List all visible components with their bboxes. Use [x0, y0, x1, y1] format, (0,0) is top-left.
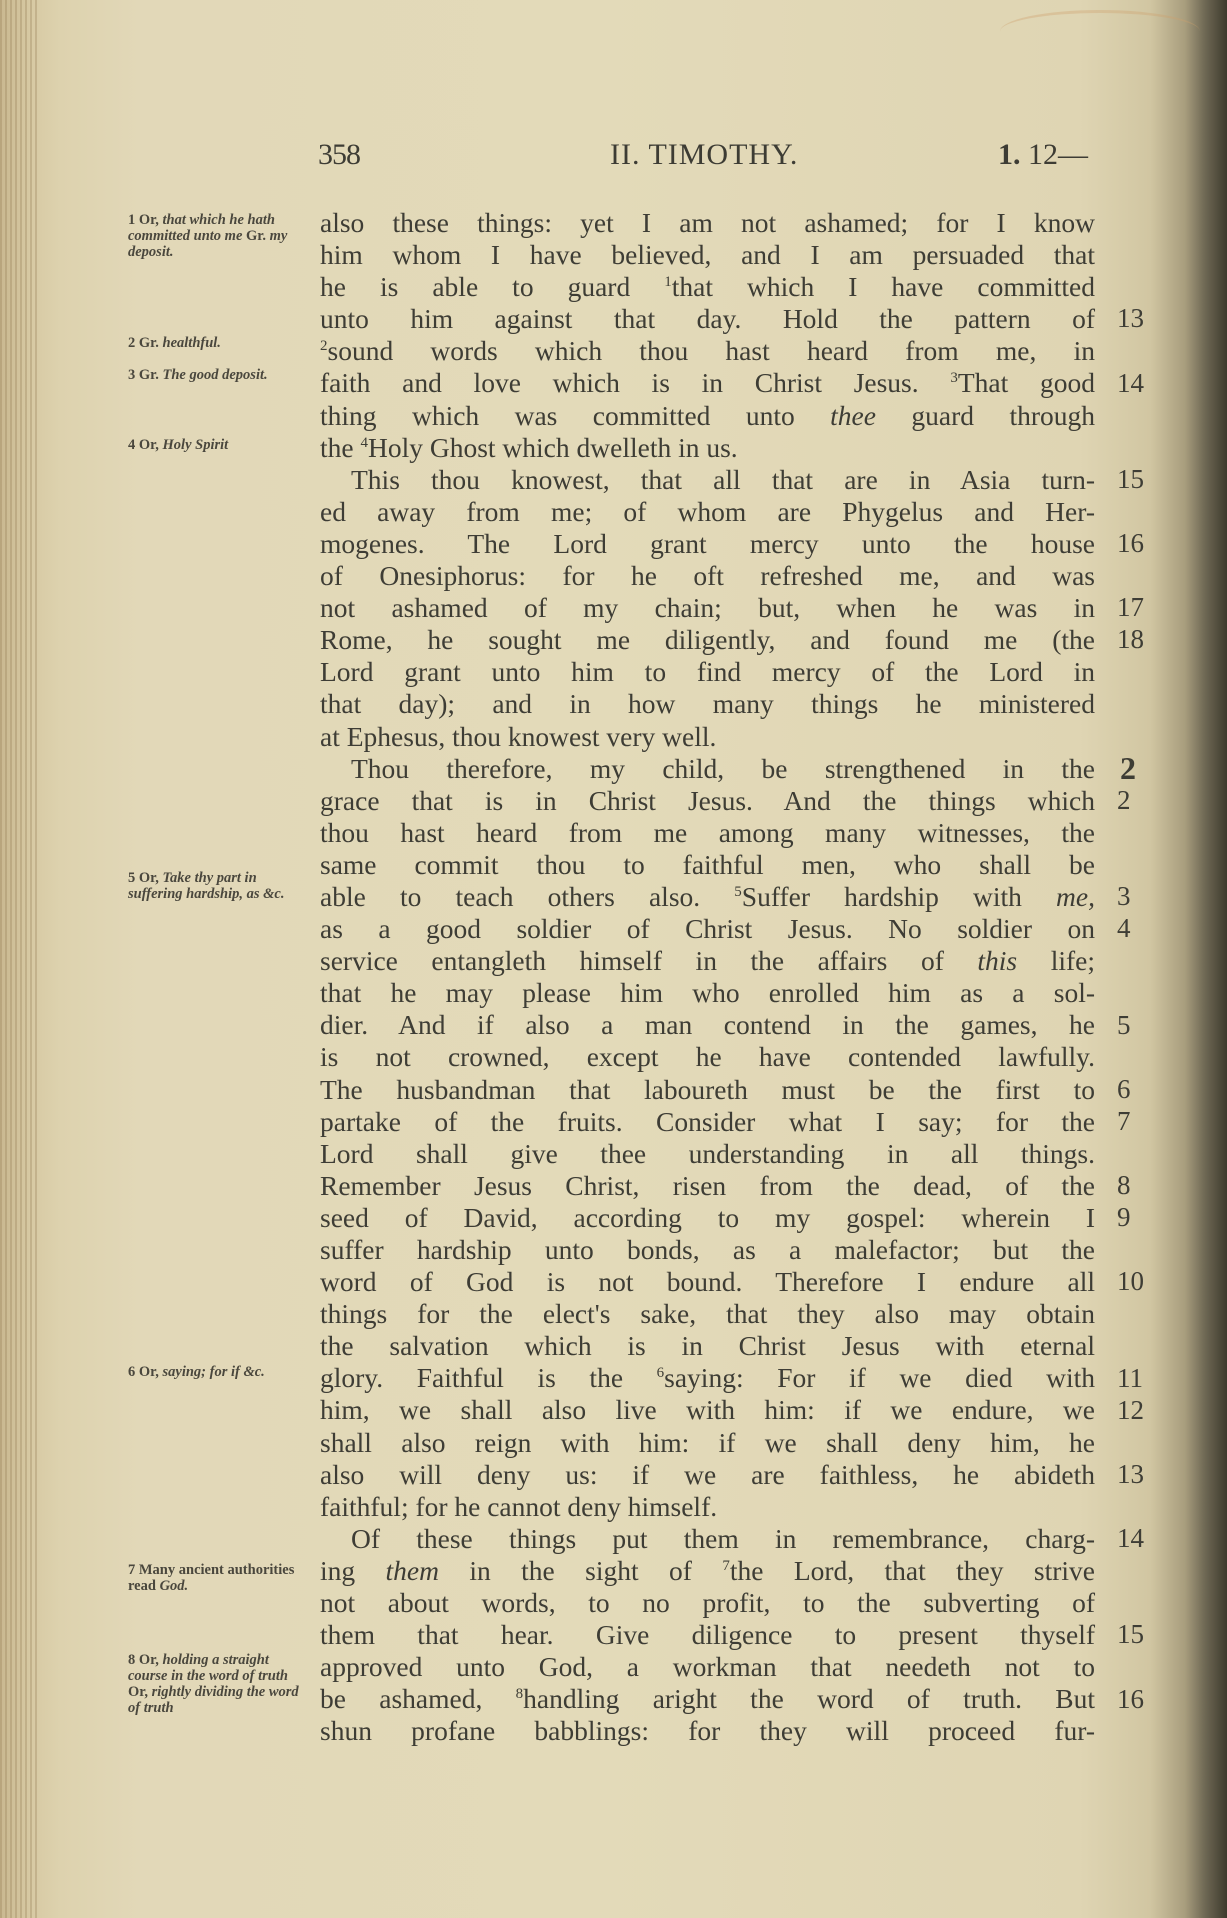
- line-text: sound words which thou hast heard from m…: [328, 335, 1096, 366]
- text-line: same commit thou to faithful men, who sh…: [320, 849, 1095, 881]
- text-line: him whom I have believed, and I am persu…: [320, 239, 1095, 271]
- line-text: faithful; for he cannot deny himself.: [320, 1491, 717, 1522]
- verse-number: 18: [1117, 624, 1144, 655]
- line-text: This thou knowest, that all that are in …: [351, 464, 1095, 495]
- book-page: 358 II. TIMOTHY. 1. 12— 1 Or, that which…: [0, 0, 1227, 1918]
- verse-number: 2: [1117, 785, 1131, 816]
- line-text: Holy Ghost which dwelleth in us.: [368, 432, 738, 463]
- line-text: that day); and in how many things he min…: [320, 688, 1095, 719]
- line-text: the: [320, 432, 360, 463]
- verse-number: 10: [1117, 1266, 1144, 1297]
- text-line: Remember Jesus Christ, risen from the de…: [320, 1170, 1095, 1202]
- verse-number: 12: [1117, 1395, 1144, 1426]
- text-line: dier. And if also a man contend in the g…: [320, 1009, 1095, 1041]
- line-text: guard through: [876, 400, 1095, 431]
- line-text: handling aright the word of truth. But: [523, 1683, 1095, 1714]
- text-line: faith and love which is in Christ Jesus.…: [320, 367, 1095, 399]
- line-text: word of God is not bound. Therefore I en…: [320, 1266, 1095, 1297]
- line-text: service entangleth himself in the affair…: [320, 945, 977, 976]
- text-line: not ashamed of my chain; but, when he wa…: [320, 592, 1095, 624]
- line-text: grace that is in Christ Jesus. And the t…: [320, 785, 1095, 816]
- verse-number: 15: [1117, 464, 1144, 495]
- verse-number: 13: [1117, 1459, 1144, 1490]
- text-line: The husbandman that laboureth must be th…: [320, 1074, 1095, 1106]
- line-text: dier. And if also a man contend in the g…: [320, 1009, 1095, 1040]
- italic-word: this: [977, 945, 1017, 976]
- line-text: him, we shall also live with him: if we …: [320, 1394, 1095, 1425]
- line-text: Thou therefore, my child, be strengthene…: [351, 753, 1095, 784]
- text-line: at Ephesus, thou knowest very well.: [320, 721, 1095, 753]
- margin-note-3: 3 Gr. The good deposit.: [128, 367, 300, 383]
- running-header: 358 II. TIMOTHY. 1. 12—: [318, 138, 1133, 178]
- text-line: Of these things put them in remembrance,…: [320, 1523, 1095, 1555]
- line-text: them that hear. Give diligence to presen…: [320, 1619, 1095, 1650]
- text-line: 2sound words which thou hast heard from …: [320, 335, 1095, 367]
- scripture-text-column: also these things: yet I am not ashamed;…: [320, 207, 1095, 1748]
- line-text: also will deny us: if we are faithless, …: [320, 1459, 1095, 1490]
- line-text: as a good soldier of Christ Jesus. No so…: [320, 913, 1095, 944]
- text-line: not about words, to no profit, to the su…: [320, 1587, 1095, 1619]
- line-text: things for the elect's sake, that they a…: [320, 1298, 1095, 1329]
- margin-note-8: 8 Or, holding a straight course in the w…: [128, 1652, 300, 1716]
- line-text: shun profane babblings: for they will pr…: [320, 1715, 1095, 1746]
- text-line: that day); and in how many things he min…: [320, 688, 1095, 720]
- text-line: that he may please him who enrolled him …: [320, 977, 1095, 1009]
- line-text: glory. Faithful is the: [320, 1362, 657, 1393]
- text-line: thing which was committed unto thee guar…: [320, 400, 1095, 432]
- line-text: Rome, he sought me diligently, and found…: [320, 624, 1095, 655]
- margin-note-5: 5 Or, Take thy part in suffering hardshi…: [128, 870, 300, 902]
- line-text: that he may please him who enrolled him …: [320, 977, 1095, 1008]
- line-text: The husbandman that laboureth must be th…: [320, 1074, 1095, 1105]
- verse-number: 16: [1117, 1684, 1144, 1715]
- text-line: them that hear. Give diligence to presen…: [320, 1619, 1095, 1651]
- line-text: the Lord, that they strive: [730, 1555, 1095, 1586]
- verse-number: 15: [1117, 1619, 1144, 1650]
- margin-note-7: 7 Many ancient authorities read God.: [128, 1562, 300, 1594]
- text-line: mogenes. The Lord grant mercy unto the h…: [320, 528, 1095, 560]
- line-text: Lord grant unto him to find mercy of the…: [320, 656, 1095, 687]
- line-text: is not crowned, except he have contended…: [320, 1041, 1095, 1072]
- margin-note-2: 2 Gr. healthful.: [128, 335, 316, 351]
- footnote-marker: 7: [722, 1558, 730, 1574]
- verse-start: 12—: [1021, 138, 1089, 171]
- text-line: faithful; for he cannot deny himself.: [320, 1491, 1095, 1523]
- chapter-number: 2: [1120, 750, 1136, 787]
- text-line: also these things: yet I am not ashamed;…: [320, 207, 1095, 239]
- verse-number: 8: [1117, 1170, 1131, 1201]
- line-text: That good: [958, 367, 1095, 398]
- verse-number: 5: [1117, 1010, 1131, 1041]
- text-line: he is able to guard 1that which I have c…: [320, 271, 1095, 303]
- margin-note-4: 4 Or, Holy Spirit: [128, 437, 316, 453]
- text-line: the 4Holy Ghost which dwelleth in us.: [320, 432, 1095, 464]
- line-text: also these things: yet I am not ashamed;…: [320, 207, 1095, 238]
- text-line: able to teach others also. 5Suffer hards…: [320, 881, 1095, 913]
- paper-stain: [1000, 10, 1200, 53]
- italic-word: me,: [1056, 881, 1095, 912]
- line-text: not ashamed of my chain; but, when he wa…: [320, 592, 1095, 623]
- line-text: Of these things put them in remembrance,…: [351, 1523, 1095, 1554]
- text-line: ed away from me; of whom are Phygelus an…: [320, 496, 1095, 528]
- line-text: faith and love which is in Christ Jesus.: [320, 367, 950, 398]
- footnote-marker: 3: [950, 370, 958, 386]
- text-line: Rome, he sought me diligently, and found…: [320, 624, 1095, 656]
- text-line: partake of the fruits. Consider what I s…: [320, 1106, 1095, 1138]
- chapter-verse-reference: 1. 12—: [998, 138, 1088, 172]
- text-line: as a good soldier of Christ Jesus. No so…: [320, 913, 1095, 945]
- line-text: the salvation which is in Christ Jesus w…: [320, 1330, 1095, 1361]
- text-line: This thou knowest, that all that are in …: [320, 464, 1095, 496]
- verse-number: 9: [1117, 1202, 1131, 1233]
- text-line: shall also reign with him: if we shall d…: [320, 1427, 1095, 1459]
- chapter-number: 1.: [998, 138, 1021, 171]
- verse-number: 13: [1117, 303, 1144, 334]
- line-text: life;: [1017, 945, 1095, 976]
- line-text: able to teach others also.: [320, 881, 734, 912]
- text-line: glory. Faithful is the 6saying: For if w…: [320, 1362, 1095, 1394]
- footnote-marker: 1: [664, 274, 672, 290]
- text-line: him, we shall also live with him: if we …: [320, 1394, 1095, 1426]
- verse-number: 3: [1117, 881, 1131, 912]
- line-text: in the sight of: [439, 1555, 722, 1586]
- line-text: Remember Jesus Christ, risen from the de…: [320, 1170, 1095, 1201]
- line-text: Suffer hardship with: [742, 881, 1056, 912]
- line-text: mogenes. The Lord grant mercy unto the h…: [320, 528, 1095, 559]
- footnote-marker: 5: [734, 884, 742, 900]
- line-text: unto him against that day. Hold the patt…: [320, 303, 1095, 334]
- text-line: Lord shall give thee understanding in al…: [320, 1138, 1095, 1170]
- line-text: him whom I have believed, and I am persu…: [320, 239, 1095, 270]
- verse-number: 17: [1117, 592, 1144, 623]
- text-line: seed of David, according to my gospel: w…: [320, 1202, 1095, 1234]
- text-line: service entangleth himself in the affair…: [320, 945, 1095, 977]
- verse-number: 11: [1117, 1363, 1143, 1394]
- text-line: Lord grant unto him to find mercy of the…: [320, 656, 1095, 688]
- line-text: approved unto God, a workman that needet…: [320, 1651, 1095, 1682]
- text-line: thou hast heard from me among many witne…: [320, 817, 1095, 849]
- text-line: word of God is not bound. Therefore I en…: [320, 1266, 1095, 1298]
- book-title: II. TIMOTHY.: [610, 138, 798, 172]
- verse-number: 14: [1117, 368, 1144, 399]
- margin-note-1: 1 Or, that which he hath committed unto …: [128, 212, 316, 260]
- verse-number: 6: [1117, 1074, 1131, 1105]
- italic-word: them: [386, 1555, 439, 1586]
- text-line: also will deny us: if we are faithless, …: [320, 1459, 1095, 1491]
- italic-word: thee: [830, 400, 876, 431]
- text-line: Thou therefore, my child, be strengthene…: [320, 753, 1095, 785]
- line-text: suffer hardship unto bonds, as a malefac…: [320, 1234, 1095, 1265]
- page-number: 358: [318, 138, 360, 172]
- line-text: of Onesiphorus: for he oft refreshed me,…: [320, 560, 1095, 591]
- line-text: ed away from me; of whom are Phygelus an…: [320, 496, 1095, 527]
- text-line: ing them in the sight of 7the Lord, that…: [320, 1555, 1095, 1587]
- text-line: shun profane babblings: for they will pr…: [320, 1715, 1095, 1747]
- text-line: things for the elect's sake, that they a…: [320, 1298, 1095, 1330]
- text-line: of Onesiphorus: for he oft refreshed me,…: [320, 560, 1095, 592]
- text-line: is not crowned, except he have contended…: [320, 1041, 1095, 1073]
- verse-number: 16: [1117, 528, 1144, 559]
- text-line: be ashamed, 8handling aright the word of…: [320, 1683, 1095, 1715]
- book-gutter-edge: [0, 0, 38, 1918]
- line-text: thing which was committed unto: [320, 400, 830, 431]
- text-line: the salvation which is in Christ Jesus w…: [320, 1330, 1095, 1362]
- line-text: he is able to guard: [320, 271, 664, 302]
- line-text: Lord shall give thee understanding in al…: [320, 1138, 1095, 1169]
- verse-number: 7: [1117, 1106, 1131, 1137]
- verse-number: 4: [1117, 913, 1131, 944]
- line-text: same commit thou to faithful men, who sh…: [320, 849, 1095, 880]
- footnote-marker: 2: [320, 338, 328, 354]
- line-text: saying: For if we died with: [664, 1362, 1095, 1393]
- text-line: grace that is in Christ Jesus. And the t…: [320, 785, 1095, 817]
- line-text: not about words, to no profit, to the su…: [320, 1587, 1095, 1618]
- margin-note-6: 6 Or, saying; for if &c.: [128, 1364, 300, 1380]
- line-text: shall also reign with him: if we shall d…: [320, 1427, 1095, 1458]
- line-text: seed of David, according to my gospel: w…: [320, 1202, 1095, 1233]
- line-text: partake of the fruits. Consider what I s…: [320, 1106, 1095, 1137]
- text-line: approved unto God, a workman that needet…: [320, 1651, 1095, 1683]
- footnote-marker: 4: [360, 435, 368, 451]
- text-line: suffer hardship unto bonds, as a malefac…: [320, 1234, 1095, 1266]
- line-text: ing: [320, 1555, 386, 1586]
- line-text: that which I have committed: [672, 271, 1095, 302]
- line-text: at Ephesus, thou knowest very well.: [320, 721, 716, 752]
- line-text: thou hast heard from me among many witne…: [320, 817, 1095, 848]
- text-line: unto him against that day. Hold the patt…: [320, 303, 1095, 335]
- line-text: be ashamed,: [320, 1683, 516, 1714]
- verse-number: 14: [1117, 1523, 1144, 1554]
